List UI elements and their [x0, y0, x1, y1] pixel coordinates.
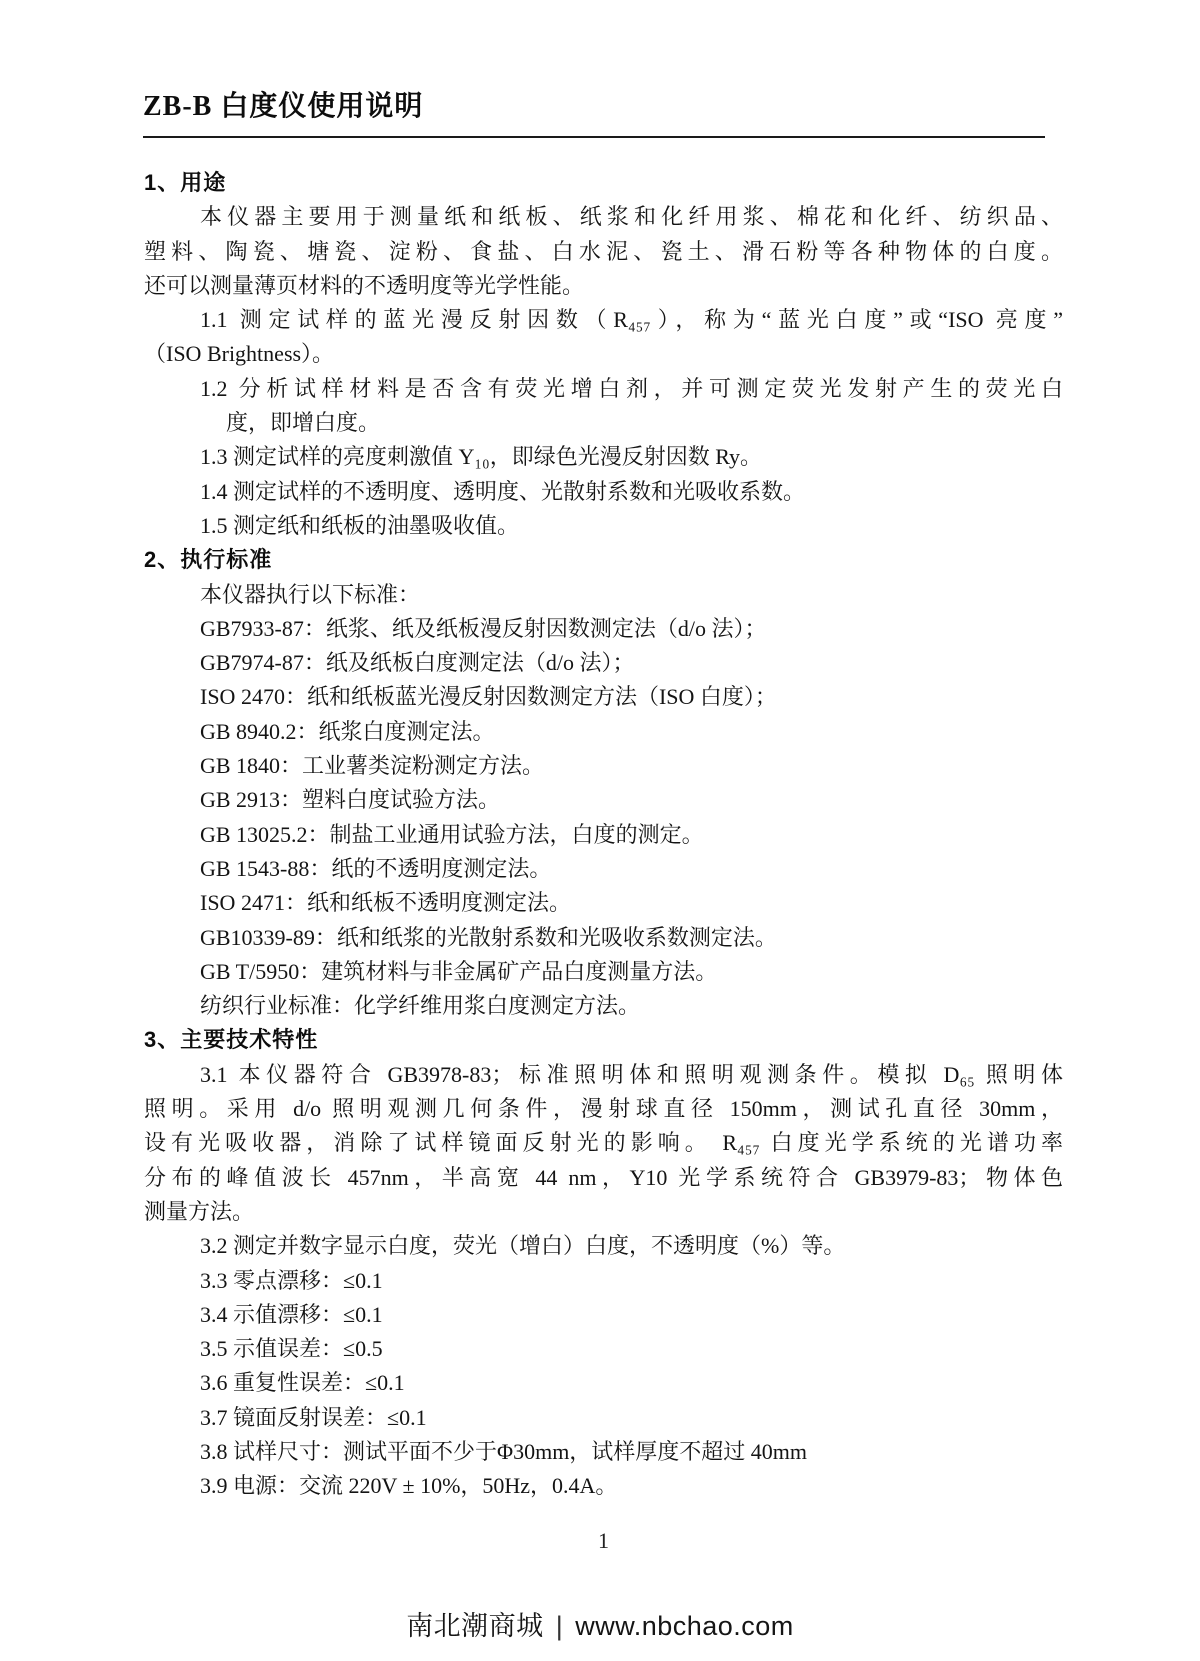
document-body: 1、用途本仪器主要用于测量纸和纸板、纸浆和化纤用浆、棉花和化纤、纺织品、塑料、陶…	[144, 166, 1063, 1504]
paragraph-line: 1.1 测定试样的蓝光漫反射因数（R₄₅₇），称为“蓝光白度”或“ISO 亮度”	[144, 303, 1063, 337]
paragraph-line: 度，即增白度。	[144, 406, 1063, 440]
page-number: 1	[144, 1528, 1063, 1554]
paragraph-line: GB7933-87：纸浆、纸及纸板漫反射因数测定法（d/o 法）；	[144, 612, 1063, 646]
paragraph-line: 3.3 零点漂移：≤0.1	[144, 1264, 1063, 1298]
paragraph-line: （ISO Brightness）。	[144, 337, 1063, 371]
document-page: ZB-B 白度仪使用说明 1、用途本仪器主要用于测量纸和纸板、纸浆和化纤用浆、棉…	[0, 0, 1200, 1661]
section-heading: 3、主要技术特性	[144, 1023, 1063, 1057]
paragraph-line: 3.4 示值漂移：≤0.1	[144, 1298, 1063, 1332]
paragraph-line: 3.2 测定并数字显示白度，荧光（增白）白度，不透明度（%）等。	[144, 1229, 1063, 1263]
paragraph-line: GB 2913：塑料白度试验方法。	[144, 783, 1063, 817]
paragraph-line: 3.7 镜面反射误差：≤0.1	[144, 1401, 1063, 1435]
paragraph-line: GB7974-87：纸及纸板白度测定法（d/o 法）；	[144, 646, 1063, 680]
paragraph-line: 照明。采用 d/o 照明观测几何条件，漫射球直径 150mm，测试孔直径 30m…	[144, 1092, 1063, 1126]
section-heading: 1、用途	[144, 166, 1063, 200]
footer-url: www.nbchao.com	[575, 1611, 794, 1641]
paragraph-line: 塑料、陶瓷、塘瓷、淀粉、食盐、白水泥、瓷土、滑石粉等各种物体的白度。	[144, 235, 1063, 269]
paragraph-line: 本仪器执行以下标准：	[144, 578, 1063, 612]
paragraph-line: 3.9 电源：交流 220V ± 10%，50Hz，0.4A。	[144, 1469, 1063, 1503]
paragraph-line: 本仪器主要用于测量纸和纸板、纸浆和化纤用浆、棉花和化纤、纺织品、	[144, 200, 1063, 234]
paragraph-line: 还可以测量薄页材料的不透明度等光学性能。	[144, 269, 1063, 303]
paragraph-line: 3.1 本仪器符合 GB3978-83；标准照明体和照明观测条件。模拟 D₆₅ …	[144, 1058, 1063, 1092]
section-heading: 2、执行标准	[144, 543, 1063, 577]
paragraph-line: 测量方法。	[144, 1195, 1063, 1229]
paragraph-line: GB 8940.2：纸浆白度测定法。	[144, 715, 1063, 749]
paragraph-line: 3.8 试样尺寸：测试平面不少于Φ30mm，试样厚度不超过 40mm	[144, 1435, 1063, 1469]
paragraph-line: GB10339-89：纸和纸浆的光散射系数和光吸收系数测定法。	[144, 921, 1063, 955]
paragraph-line: 设有光吸收器，消除了试样镜面反射光的影响。 R₄₅₇ 白度光学系统的光谱功率	[144, 1126, 1063, 1160]
paragraph-line: ISO 2470：纸和纸板蓝光漫反射因数测定方法（ISO 白度）；	[144, 680, 1063, 714]
footer-site-name: 南北潮商城	[406, 1611, 544, 1641]
footer-divider: |	[556, 1611, 564, 1641]
document-header: ZB-B 白度仪使用说明	[143, 84, 1045, 138]
paragraph-line: GB T/5950：建筑材料与非金属矿产品白度测量方法。	[144, 955, 1063, 989]
paragraph-line: 1.4 测定试样的不透明度、透明度、光散射系数和光吸收系数。	[144, 475, 1063, 509]
paragraph-line: ISO 2471：纸和纸板不透明度测定法。	[144, 886, 1063, 920]
paragraph-line: 纺织行业标准：化学纤维用浆白度测定方法。	[144, 989, 1063, 1023]
paragraph-line: 分布的峰值波长 457nm，半高宽 44 nm，Y10 光学系统符合 GB397…	[144, 1161, 1063, 1195]
document-title: ZB-B 白度仪使用说明	[143, 84, 1045, 124]
paragraph-line: 1.5 测定纸和纸板的油墨吸收值。	[144, 509, 1063, 543]
paragraph-line: 1.2 分析试样材料是否含有荧光增白剂，并可测定荧光发射产生的荧光白	[144, 372, 1063, 406]
paragraph-line: GB 13025.2：制盐工业通用试验方法，白度的测定。	[144, 818, 1063, 852]
paragraph-line: 3.6 重复性误差：≤0.1	[144, 1366, 1063, 1400]
paragraph-line: GB 1840：工业薯类淀粉测定方法。	[144, 749, 1063, 783]
paragraph-line: 1.3 测定试样的亮度刺激值 Y₁₀，即绿色光漫反射因数 Ry。	[144, 440, 1063, 474]
paragraph-line: GB 1543-88：纸的不透明度测定法。	[144, 852, 1063, 886]
page-footer: 南北潮商城|www.nbchao.com	[0, 1604, 1200, 1643]
paragraph-line: 3.5 示值误差：≤0.5	[144, 1332, 1063, 1366]
